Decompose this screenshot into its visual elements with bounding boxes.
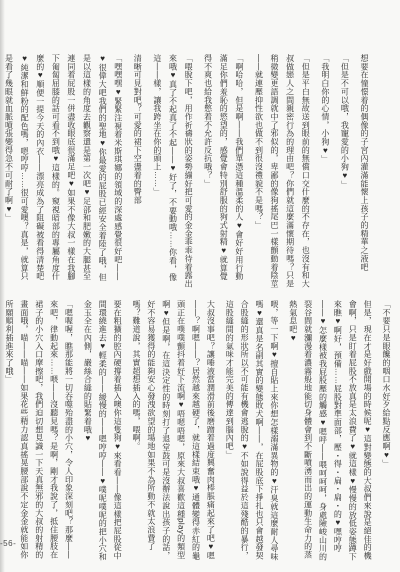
paragraph: 但是，現在才是好戲開場的時候呢♥這對變態的大叔們來說是絕佳的機會啊，只是盯着屁股… xyxy=(285,300,374,561)
paragraph: 想要在憧憬着的偶像的子宮內灌滿能懷上孩子的精華之液吧 xyxy=(356,54,372,288)
paragraph: 大叔沒事吧？讓唾液當潤滑前後磨蹭着過度興奮肉棒脹痛起來了吧♥嗯——？啊嗯——？居… xyxy=(128,300,217,561)
paragraph: 「喂脫下吧，用作祈禱狀的姿勢繃好把可愛的金金乖乖待着露出來哦♥真了不起真了不起—… xyxy=(149,54,196,288)
paragraph: 喂，等一下啊♥擅自貼上來你想怎樣溺滿異物的♥汗臭就這麼耐人尋味嗎♥還真是名副其實… xyxy=(221,300,281,561)
text-block-bottom: 「不要只是眼饞的咽口水好歹給點反應啊♥」但是，現在才是好戲開場的時候呢♥這對變態… xyxy=(2,300,393,561)
paragraph: 「啊哈哈，但是啊——我們單憑這種溫柔的人♥會好好用行動滿足你們羞恥的慾望的，感覺… xyxy=(200,54,247,288)
page-number: -56- xyxy=(0,539,16,548)
paragraph: 清晰可見對吧？可愛的裙下空盪着的臀部 xyxy=(130,54,146,288)
paragraph: 「不要只是眼饞的咽口水好歹給點反應啊♥」 xyxy=(378,300,393,561)
paragraph: 「嘿嘿嘿♥緊緊注視着米斯琪娜的領域的深處感覺很好吧——♥很偉大吧我們的聖地♥你最… xyxy=(4,54,126,288)
paragraph: 「但是平白無故送到眼前的無償口交什麼的不存在，也沒有和大叔做戀人之間親密行為的理… xyxy=(251,54,313,288)
manga-text-page: 想要在憧憬着的偶像的子宮內灌滿能懷上孩子的精華之液吧「但是不可以哦，我寵愛的小狗… xyxy=(0,0,400,572)
paragraph: 「嗯喔喔，瞧那能將一切吞噬殆盡的小穴，令人印象深刻吧？那麼——來吧，律動起來……… xyxy=(2,300,76,561)
paragraph: 要在粗獷的腔內硬撐着插入噢你這隻狗♥來看看——像這樣把屁股從中間環繞進去♥輕柔的… xyxy=(80,300,125,561)
paragraph: 「我明白你的心情，小狗♥」 xyxy=(317,54,333,288)
text-block-top: 想要在憧憬着的偶像的子宮內灌滿能懷上孩子的精華之液吧「但是不可以哦，我寵愛的小狗… xyxy=(4,54,372,288)
paragraph: 「但是不可以哦，我寵愛的小狗♥」 xyxy=(337,54,353,288)
